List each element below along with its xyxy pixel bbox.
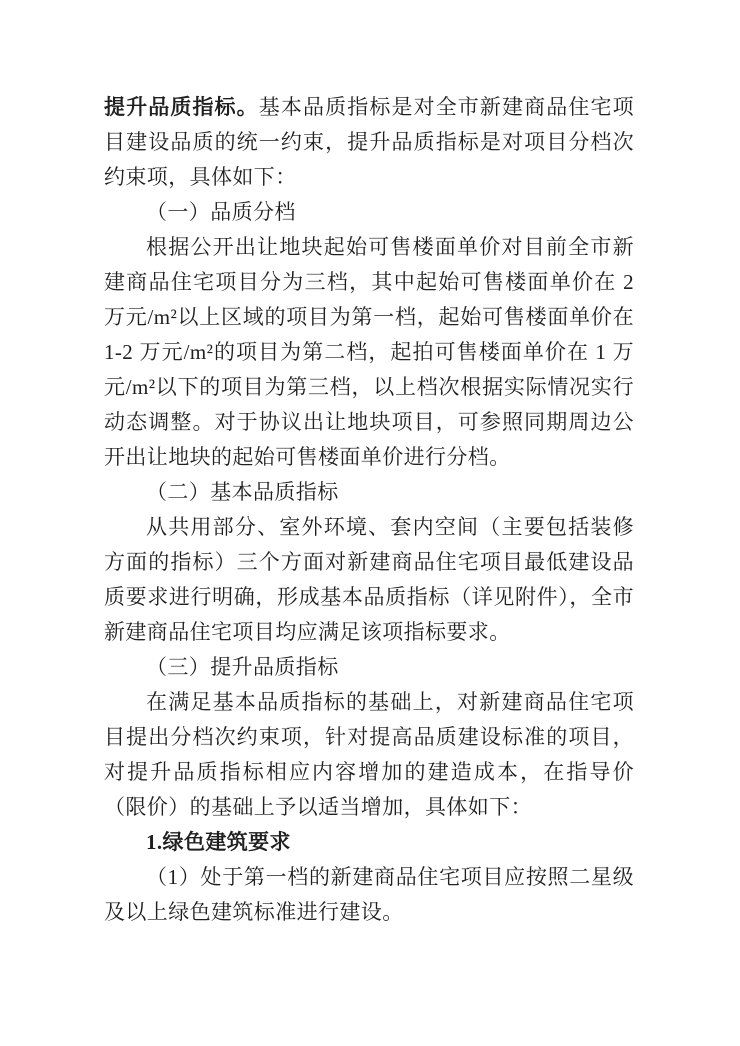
section-heading-quality-tiers: （一）品质分档 xyxy=(104,195,634,230)
paragraph-basic-quality: 从共用部分、室外环境、套内空间（主要包括装修方面的指标）三个方面对新建商品住宅项… xyxy=(104,510,634,650)
paragraph-tier-definition: 根据公开出让地块起始可售楼面单价对目前全市新建商品住宅项目分为三档，其中起始可售… xyxy=(104,230,634,475)
section-heading-enhanced-quality: （三）提升品质指标 xyxy=(104,650,634,685)
document-body: 提升品质指标。基本品质指标是对全市新建商品住宅项目建设品质的统一约束，提升品质指… xyxy=(104,90,634,930)
heading-green-building-requirements: 1.绿色建筑要求 xyxy=(104,825,634,860)
paragraph-enhanced-quality: 在满足基本品质指标的基础上，对新建商品住宅项目提出分档次约束项，针对提高品质建设… xyxy=(104,685,634,825)
paragraph-quality-indicator-intro: 提升品质指标。基本品质指标是对全市新建商品住宅项目建设品质的统一约束，提升品质指… xyxy=(104,90,634,195)
document-page: 提升品质指标。基本品质指标是对全市新建商品住宅项目建设品质的统一约束，提升品质指… xyxy=(0,0,740,1046)
paragraph-green-building-item-1: （1）处于第一档的新建商品住宅项目应按照二星级及以上绿色建筑标准进行建设。 xyxy=(104,860,634,930)
bold-lead-text: 提升品质指标。 xyxy=(104,95,259,119)
section-heading-basic-quality: （二）基本品质指标 xyxy=(104,475,634,510)
